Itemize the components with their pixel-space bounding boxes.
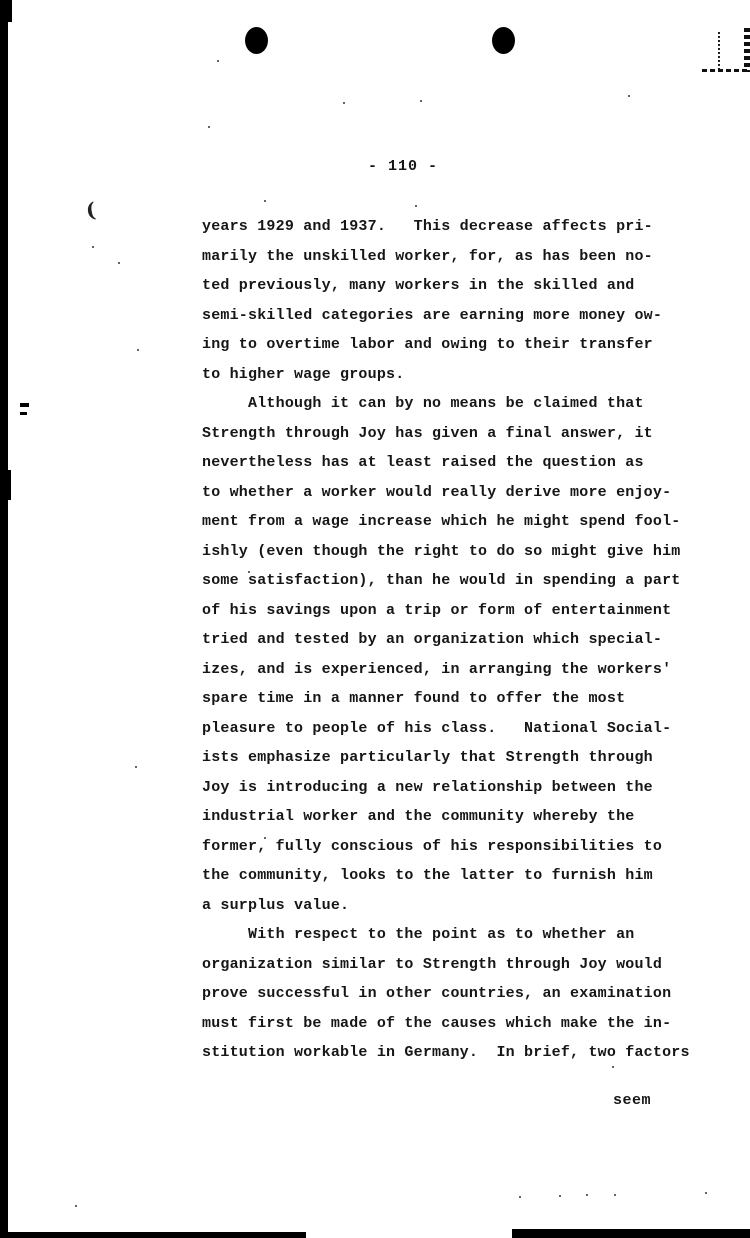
speckle	[614, 1194, 616, 1196]
text-line: ment from a wage increase which he might…	[202, 507, 707, 537]
scan-edge-artifact	[8, 0, 12, 22]
text-line: ted previously, many workers in the skil…	[202, 271, 707, 301]
speckle	[705, 1192, 707, 1194]
stamp-box-fragment	[718, 32, 720, 70]
text-line: prove successful in other countries, an …	[202, 979, 707, 1009]
text-line: spare time in a manner found to offer th…	[202, 684, 707, 714]
speckle	[135, 766, 137, 768]
speckle	[343, 102, 345, 104]
speckle	[208, 126, 210, 128]
text-line: to whether a worker would really derive …	[202, 478, 707, 508]
text-line: ishly (even though the right to do so mi…	[202, 537, 707, 567]
speckle	[586, 1194, 588, 1196]
text-line: Joy is introducing a new relationship be…	[202, 773, 707, 803]
text-line: stitution workable in Germany. In brief,…	[202, 1038, 707, 1068]
speckle	[612, 1066, 614, 1068]
speckle	[415, 205, 417, 207]
text-line: ing to overtime labor and owing to their…	[202, 330, 707, 360]
text-line: Strength through Joy has given a final a…	[202, 419, 707, 449]
punch-hole-icon	[492, 27, 515, 54]
catchword: seem	[613, 1092, 651, 1109]
text-line: must first be made of the causes which m…	[202, 1009, 707, 1039]
text-line: With respect to the point as to whether …	[202, 920, 707, 950]
speckle	[264, 837, 266, 839]
scan-edge-artifact	[20, 412, 27, 415]
text-line: a surplus value.	[202, 891, 707, 921]
stamp-box-fragment	[702, 69, 750, 72]
speckle	[264, 200, 266, 202]
typewritten-body: years 1929 and 1937. This decrease affec…	[202, 212, 707, 1068]
text-line: to higher wage groups.	[202, 360, 707, 390]
speckle	[559, 1195, 561, 1197]
text-line: izes, and is experienced, in arranging t…	[202, 655, 707, 685]
scan-edge-artifact	[20, 403, 29, 407]
text-line: marily the unskilled worker, for, as has…	[202, 242, 707, 272]
text-line: years 1929 and 1937. This decrease affec…	[202, 212, 707, 242]
text-line: organization similar to Strength through…	[202, 950, 707, 980]
speckle	[75, 1205, 77, 1207]
text-line: pleasure to people of his class. Nationa…	[202, 714, 707, 744]
text-line: industrial worker and the community wher…	[202, 802, 707, 832]
text-line: of his savings upon a trip or form of en…	[202, 596, 707, 626]
text-line: the community, looks to the latter to fu…	[202, 861, 707, 891]
scan-edge-bottom-right	[512, 1229, 750, 1238]
stamp-box-fragment	[744, 28, 750, 72]
speckle	[217, 60, 219, 62]
scan-edge-bottom-left	[0, 1232, 306, 1238]
text-line: Although it can by no means be claimed t…	[202, 389, 707, 419]
scan-edge-artifact	[8, 470, 11, 500]
text-line: tried and tested by an organization whic…	[202, 625, 707, 655]
speckle	[448, 554, 450, 556]
punch-hole-icon	[245, 27, 268, 54]
scan-edge-left	[0, 0, 8, 1238]
speckle	[608, 641, 610, 643]
speckle	[137, 349, 139, 351]
speckle	[628, 95, 630, 97]
text-line: former, fully conscious of his responsib…	[202, 832, 707, 862]
speckle	[420, 100, 422, 102]
text-line: nevertheless has at least raised the que…	[202, 448, 707, 478]
text-line: some satisfaction), than he would in spe…	[202, 566, 707, 596]
scanned-document-page: - 110 - ( years 1929 and 1937. This decr…	[0, 0, 750, 1238]
text-line: semi-skilled categories are earning more…	[202, 301, 707, 331]
speckle	[519, 1196, 521, 1198]
page-number: - 110 -	[368, 158, 438, 175]
text-line: ists emphasize particularly that Strengt…	[202, 743, 707, 773]
speckle	[92, 246, 94, 248]
speckle	[248, 571, 250, 573]
speckle	[118, 262, 120, 264]
margin-paren-mark: (	[84, 197, 97, 222]
